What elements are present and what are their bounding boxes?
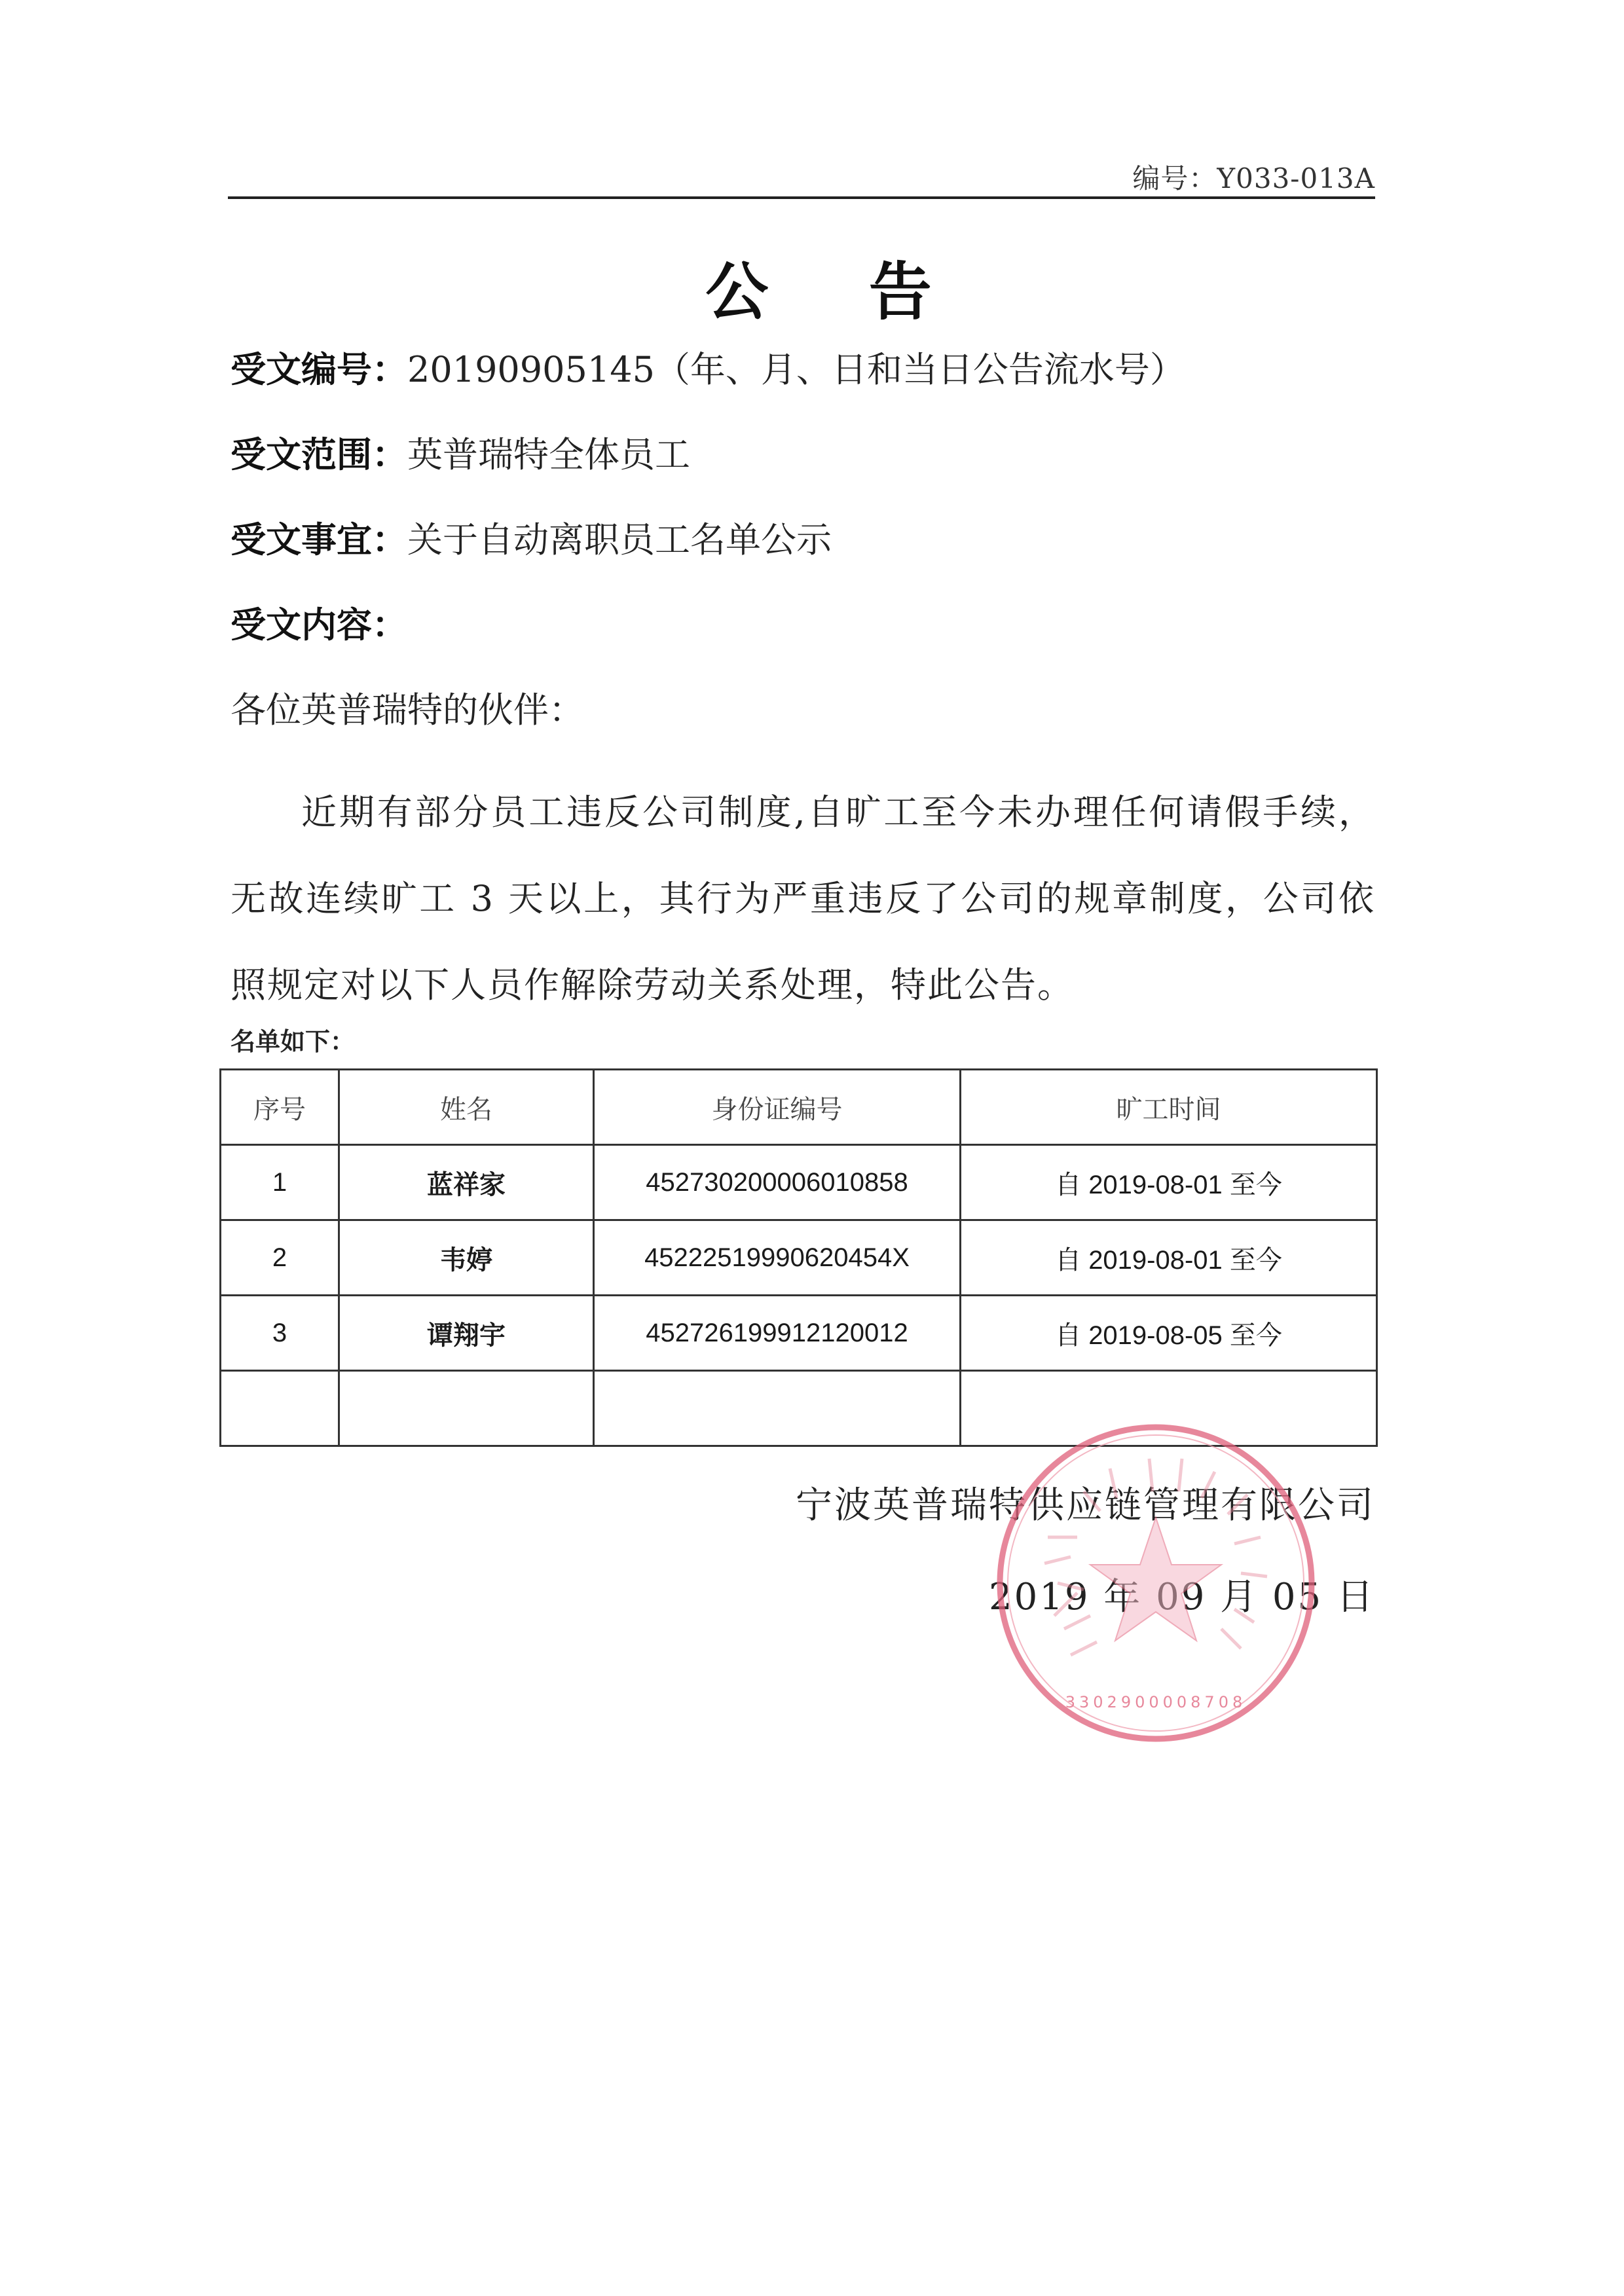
field-label: 受文范围： [231, 434, 407, 475]
field-value: 20190905145（年、月、日和当日公告流水号） [407, 349, 1185, 390]
page-title: 公 告 [0, 242, 1624, 332]
field-subject: 受文事宜：关于自动离职员工名单公示 [231, 517, 832, 563]
table-header-row: 序号 姓名 身份证编号 旷工时间 [221, 1070, 1377, 1145]
header-id-number: 身份证编号 [594, 1070, 961, 1145]
cell-absence-period [961, 1371, 1377, 1446]
field-label: 受文事宜： [231, 519, 407, 560]
table-row: 3 谭翔宇 452726199912120012 自 2019-08-05 至今 [221, 1296, 1377, 1371]
signature-company: 宁波英普瑞特供应链管理有限公司 [720, 1476, 1375, 1529]
cell-name: 韦婷 [339, 1220, 594, 1296]
field-label: 受文编号： [231, 349, 407, 390]
cell-absence-period: 自 2019-08-01 至今 [961, 1220, 1377, 1296]
list-label: 名单如下： [231, 1021, 355, 1057]
field-content: 受文内容： [231, 602, 407, 648]
header-absence-period: 旷工时间 [961, 1070, 1377, 1145]
field-value: 关于自动离职员工名单公示 [407, 519, 832, 560]
cell-index [221, 1371, 339, 1446]
header-index: 序号 [221, 1070, 339, 1145]
cell-id-number: 45222519990620454X [594, 1220, 961, 1296]
cell-index: 1 [221, 1145, 339, 1220]
header-name: 姓名 [339, 1070, 594, 1145]
document-number-label: 编号： [1132, 162, 1217, 194]
table-row: 1 蓝祥家 452730200006010858 自 2019-08-01 至今 [221, 1145, 1377, 1220]
cell-name: 谭翔宇 [339, 1296, 594, 1371]
cell-name [339, 1371, 594, 1446]
seal-number: 3302900008708 [1065, 1693, 1247, 1711]
greeting: 各位英普瑞特的伙伴： [231, 687, 584, 733]
field-value: 英普瑞特全体员工 [407, 434, 690, 475]
cell-absence-period: 自 2019-08-05 至今 [961, 1296, 1377, 1371]
document-number: 编号：Y033-013A [1113, 157, 1375, 196]
cell-index: 3 [221, 1296, 339, 1371]
cell-id-number [594, 1371, 961, 1446]
cell-name: 蓝祥家 [339, 1145, 594, 1220]
field-scope: 受文范围：英普瑞特全体员工 [231, 432, 690, 478]
document-number-value: Y033-013A [1217, 162, 1375, 194]
dismissal-table: 序号 姓名 身份证编号 旷工时间 1 蓝祥家 45273020000601085… [219, 1068, 1378, 1447]
field-reference-number: 受文编号：20190905145（年、月、日和当日公告流水号） [231, 347, 1185, 393]
field-label: 受文内容： [231, 604, 407, 646]
cell-id-number: 452730200006010858 [594, 1145, 961, 1220]
cell-index: 2 [221, 1220, 339, 1296]
header-divider [228, 196, 1375, 199]
cell-id-number: 452726199912120012 [594, 1296, 961, 1371]
signature-date: 2019 年 09 月 05 日 [720, 1568, 1375, 1620]
table-row: 2 韦婷 45222519990620454X 自 2019-08-01 至今 [221, 1220, 1377, 1296]
body-paragraph: 近期有部分员工违反公司制度,自旷工至今未办理任何请假手续，无故连续旷工 3 天以… [231, 769, 1375, 1029]
cell-absence-period: 自 2019-08-01 至今 [961, 1145, 1377, 1220]
table-row-empty [221, 1371, 1377, 1446]
